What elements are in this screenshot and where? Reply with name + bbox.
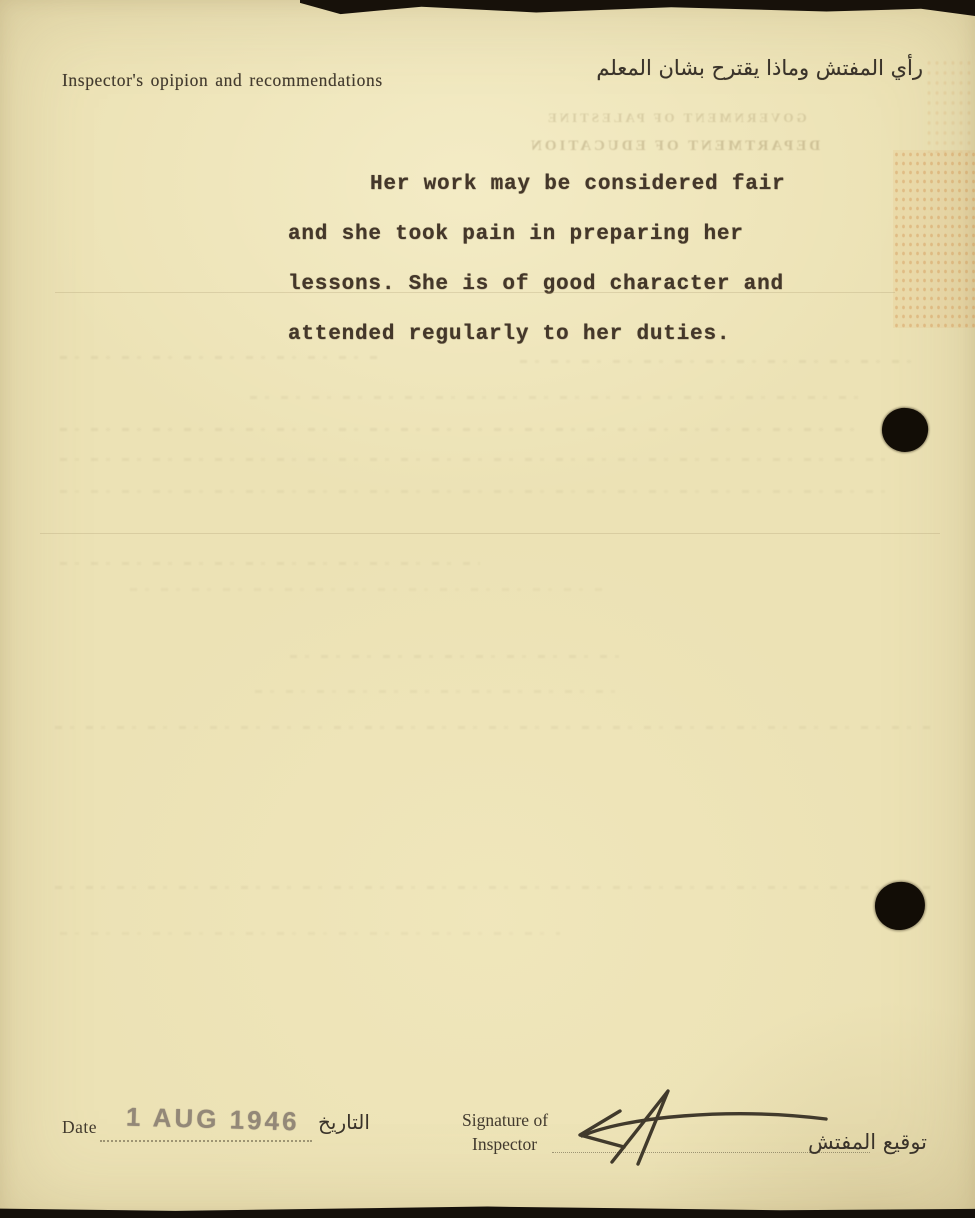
bleedthrough-stamp-patch-upper [925, 58, 975, 153]
typewritten-remarks: Her work may be considered fair and she … [288, 160, 848, 360]
scan-edge-bottom [0, 1205, 975, 1218]
bleedthrough-smudge [55, 726, 935, 729]
bleedthrough-letterhead-line2: DEPARTMENT OF EDUCATION [528, 138, 820, 155]
bleedthrough-smudge [130, 588, 610, 591]
scanned-document-page: GOVERNMENT OF PALESTINE DEPARTMENT OF ED… [0, 0, 975, 1218]
bleedthrough-letterhead-line1: GOVERNMENT OF PALESTINE [545, 110, 807, 126]
signature-label-line2: Inspector [472, 1132, 548, 1156]
bleedthrough-smudge [255, 690, 615, 693]
bleedthrough-smudge [60, 562, 480, 565]
signature-of-inspector-label: Signature of Inspector [462, 1108, 548, 1156]
bleedthrough-smudge [520, 360, 920, 363]
date-stamp: 1 AUG 1946 [126, 1102, 300, 1138]
date-label-arabic: التاريخ [318, 1110, 370, 1134]
punch-hole-top [879, 405, 931, 455]
date-label: Date [62, 1117, 97, 1138]
paper-crease [55, 292, 895, 293]
paper-crease [40, 533, 940, 534]
bleedthrough-smudge [60, 490, 890, 493]
bleedthrough-smudge [60, 932, 560, 935]
inspector-opinion-label-arabic: رأي المفتش وماذا يقترح بشان المعلم [563, 56, 923, 80]
remarks-line: lessons. She is of good character and [288, 260, 848, 310]
remarks-line: and she took pain in preparing her [288, 210, 848, 260]
signature-label-line1: Signature of [462, 1108, 548, 1132]
bleedthrough-smudge [290, 655, 620, 658]
inspector-opinion-label-english: Inspector's opipion and recommendations [62, 70, 383, 91]
signature-label-arabic: توقيع المفتش [808, 1130, 927, 1154]
bleedthrough-smudge [60, 428, 860, 431]
bleedthrough-smudge [60, 458, 890, 461]
bleedthrough-stamp-patch [893, 150, 975, 328]
bleedthrough-smudge [60, 356, 380, 359]
inspector-signature [570, 1086, 842, 1168]
bleedthrough-smudge [250, 396, 860, 399]
scan-edge-top [300, 0, 975, 16]
remarks-line: attended regularly to her duties. [288, 310, 848, 360]
bleedthrough-smudge [55, 886, 935, 889]
remarks-line: Her work may be considered fair [370, 160, 848, 210]
